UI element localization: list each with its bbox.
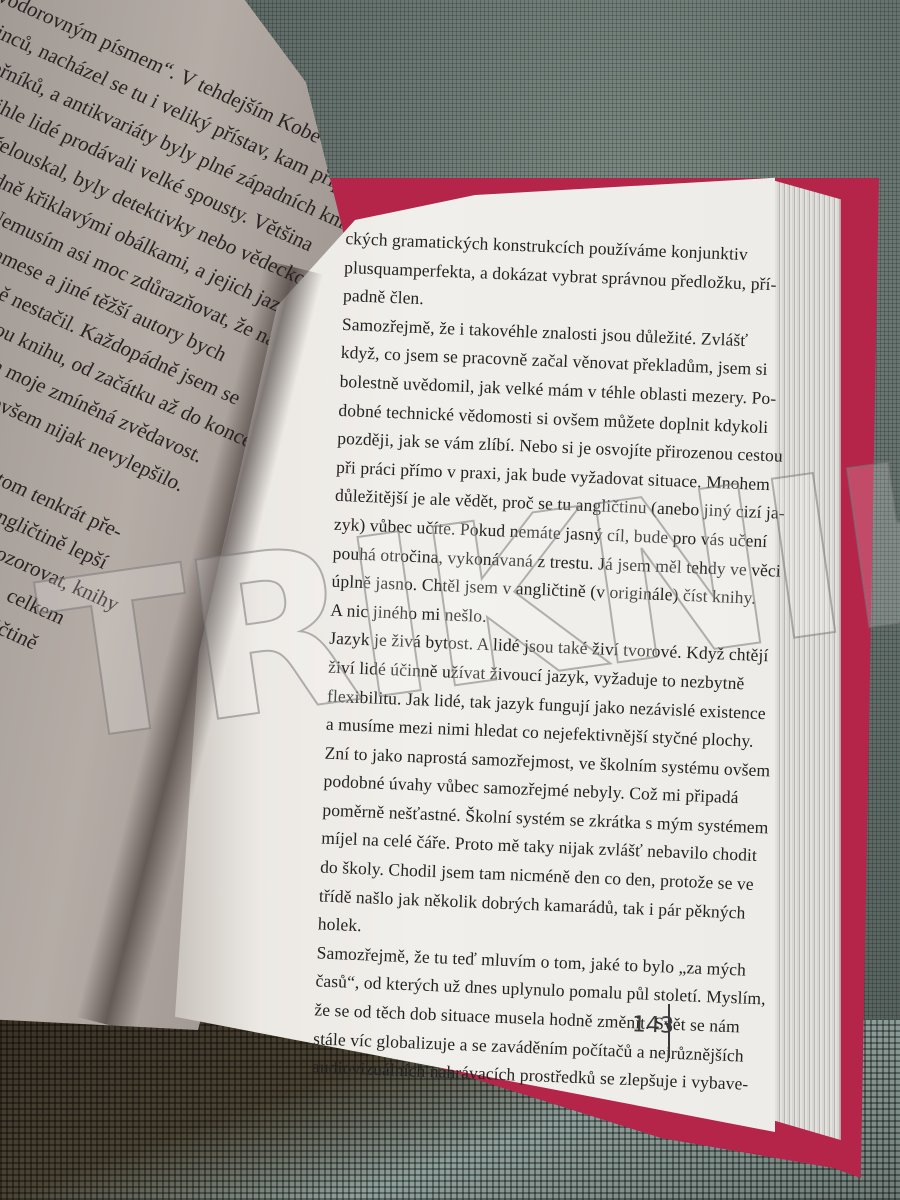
page-number-rule (668, 1004, 670, 1058)
